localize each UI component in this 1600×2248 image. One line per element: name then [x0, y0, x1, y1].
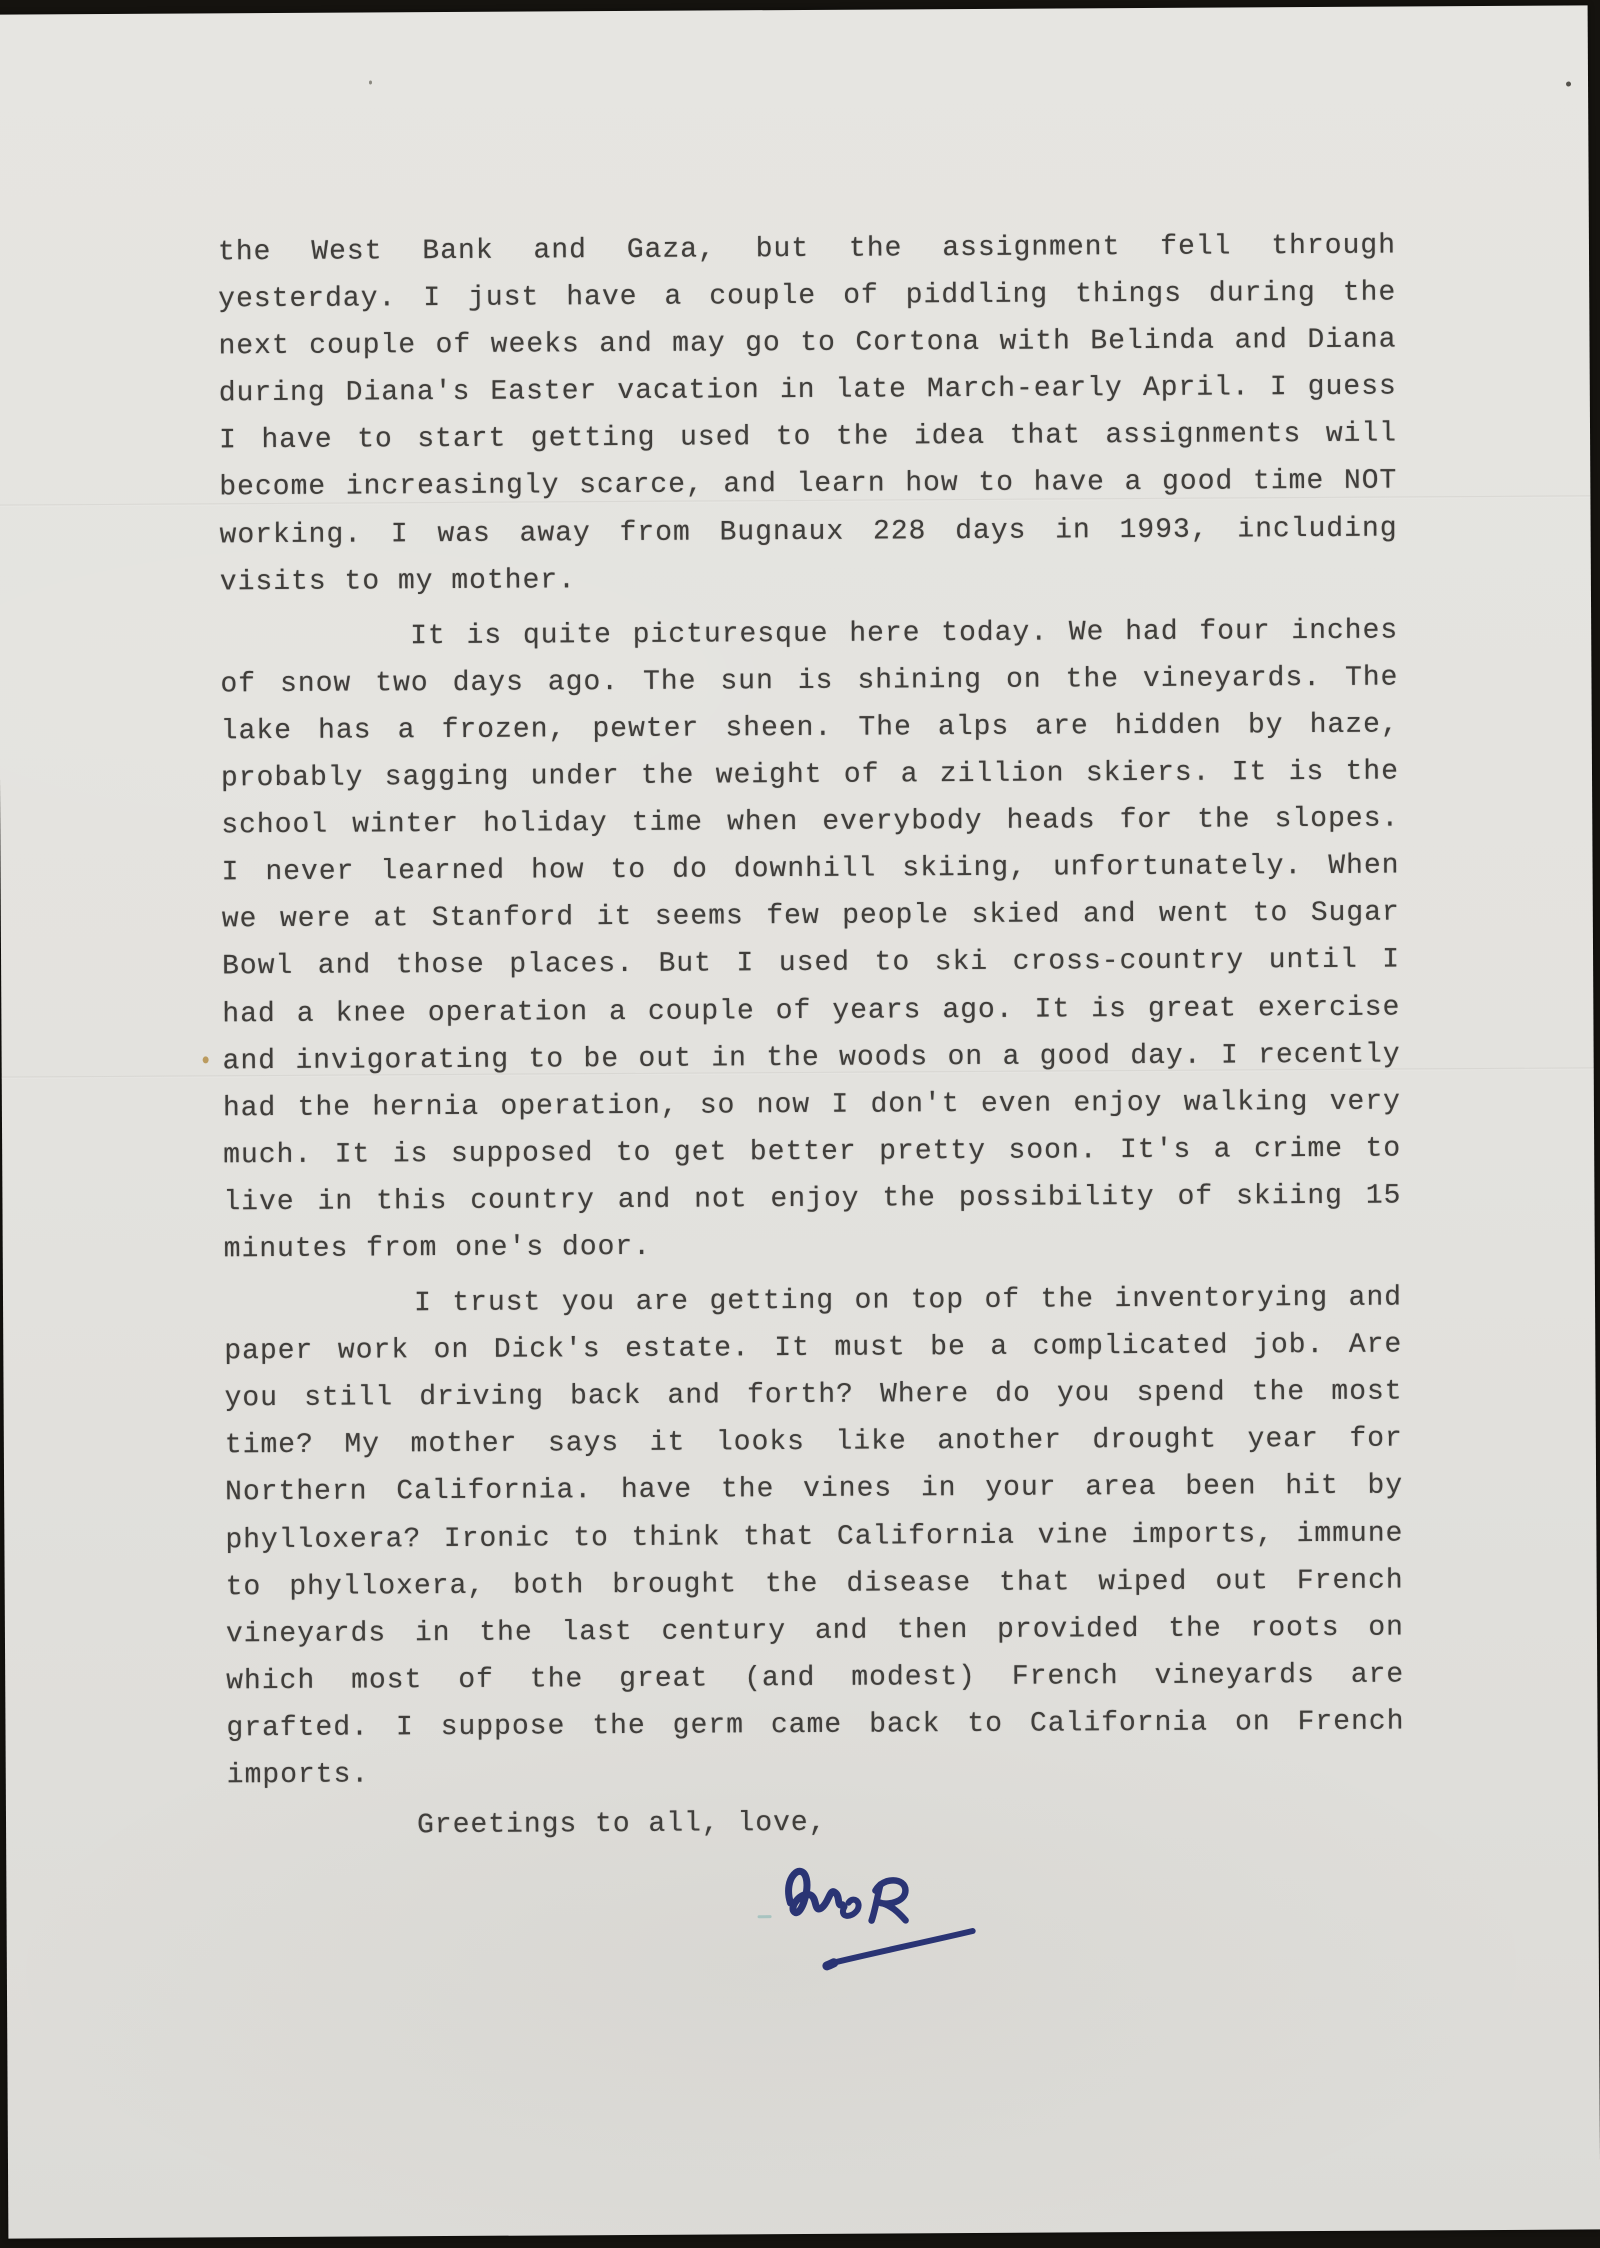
signature — [774, 1854, 1003, 1995]
text-line: vineyards in the last century and then p… — [226, 1604, 1404, 1658]
text-line: lake has a frozen, pewter sheen. The alp… — [221, 701, 1399, 755]
text-line: minutes from one's door. — [224, 1219, 1402, 1273]
text-line: and invigorating to be out in the woods … — [223, 1031, 1401, 1085]
text-line: I trust you are getting on top of the in… — [414, 1275, 1402, 1328]
paragraph: the West Bank and Gaza, but the assignme… — [218, 223, 1398, 607]
text-line: to phylloxera, both brought the disease … — [226, 1557, 1404, 1611]
text-line: It is quite picturesque here today. We h… — [410, 607, 1398, 660]
text-line: time? My mother says it looks like anoth… — [225, 1416, 1403, 1470]
text-line: we were at Stanford it seems few people … — [222, 890, 1400, 944]
text-line: you still driving back and forth? Where … — [224, 1369, 1402, 1423]
text-line: during Diana's Easter vacation in late M… — [219, 364, 1397, 418]
paragraphs: the West Bank and Gaza, but the assignme… — [218, 223, 1405, 1800]
text-line: which most of the great (and modest) Fre… — [226, 1651, 1404, 1705]
text-line: next couple of weeks and may go to Corto… — [218, 317, 1396, 371]
text-line: I never learned how to do downhill skiin… — [221, 843, 1399, 897]
text-line: the West Bank and Gaza, but the assignme… — [218, 223, 1396, 277]
paper-speck — [203, 1056, 209, 1063]
text-line: phylloxera? Ironic to think that Califor… — [225, 1510, 1403, 1564]
text-line: paper work on Dick's estate. It must be … — [224, 1322, 1402, 1376]
text-line: visits to my mother. — [220, 552, 1398, 606]
text-line: had the hernia operation, so now I don't… — [223, 1078, 1401, 1132]
paragraph: I trust you are getting on top of the in… — [224, 1275, 1405, 1800]
text-line: school winter holiday time when everybod… — [221, 796, 1399, 850]
text-line: yesterday. I just have a couple of piddl… — [218, 270, 1396, 324]
paper-speck — [369, 80, 372, 84]
text-line: working. I was away from Bugnaux 228 day… — [219, 505, 1397, 559]
paper-speck — [1566, 82, 1571, 87]
text-line: Bowl and those places. But I used to ski… — [222, 937, 1400, 991]
text-line: much. It is supposed to get better prett… — [223, 1125, 1401, 1179]
text-line: probably sagging under the weight of a z… — [221, 749, 1399, 803]
text-line: of snow two days ago. The sun is shining… — [220, 654, 1398, 708]
paragraph: It is quite picturesque here today. We h… — [220, 607, 1402, 1273]
text-line: grafted. I suppose the germ came back to… — [226, 1698, 1404, 1752]
letter-page: the West Bank and Gaza, but the assignme… — [0, 5, 1600, 2238]
paper-speck — [758, 1915, 772, 1918]
text-line: imports. — [227, 1746, 1405, 1800]
text-line: had a knee operation a couple of years a… — [222, 984, 1400, 1038]
closing-line: Greetings to all, love, — [227, 1797, 1405, 1851]
scanned-letter-screenshot: { "scan": { "background_color": "#15130f… — [0, 0, 1600, 2248]
text-line: live in this country and not enjoy the p… — [223, 1172, 1401, 1226]
letter-body: the West Bank and Gaza, but the assignme… — [218, 223, 1405, 1851]
text-line: Northern California. have the vines in y… — [225, 1463, 1403, 1517]
text-line: become increasingly scarce, and learn ho… — [219, 458, 1397, 512]
text-line: I have to start getting used to the idea… — [219, 411, 1397, 465]
